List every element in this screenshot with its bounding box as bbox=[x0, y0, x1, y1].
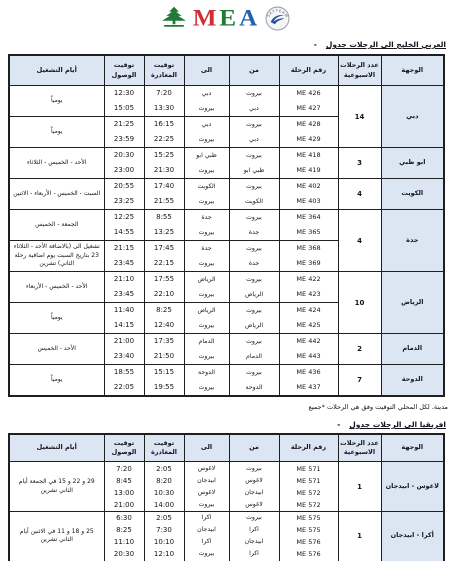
to-city: بيروت bbox=[185, 194, 229, 209]
from-city-cell: بيروتدبي bbox=[229, 117, 279, 148]
from-city: لاغوس bbox=[230, 475, 279, 487]
from-city: جدة bbox=[230, 225, 279, 240]
col-header-departure-time: توقيت المغادرة bbox=[144, 55, 184, 86]
operating-days-cell: يومياً bbox=[9, 117, 104, 148]
from-city: بيروت bbox=[230, 463, 279, 475]
departure-time: 21:55 bbox=[145, 194, 184, 209]
flight-number: ME 402 bbox=[280, 179, 338, 194]
to-city: بيروت bbox=[185, 132, 229, 147]
flight-number: ME 369 bbox=[280, 256, 338, 271]
flight-number: ME 425 bbox=[280, 318, 338, 333]
flight-number-cell: ME 426ME 427 bbox=[279, 86, 338, 117]
departure-time: 13:25 bbox=[145, 225, 184, 240]
arrival-time-cell: 21:2523:59 bbox=[104, 117, 144, 148]
to-city-cell: جدةبيروت bbox=[184, 241, 229, 272]
departure-time: 21:30 bbox=[145, 163, 184, 178]
cedar-tree-icon bbox=[160, 5, 188, 31]
destination-name: الكويت bbox=[381, 179, 444, 210]
arrival-time-cell: 11:4014:15 bbox=[104, 303, 144, 334]
flight-number-cell: ME 442ME 443 bbox=[279, 334, 338, 365]
flight-number-cell: ME 424ME 425 bbox=[279, 303, 338, 334]
gulf-title-text: جدول الرحلات الى الخليج العربي bbox=[326, 40, 446, 49]
arrival-time: 14:15 bbox=[105, 318, 144, 333]
arrival-time: 11:10 bbox=[105, 536, 144, 548]
flight-number-cell: ME 364ME 365 bbox=[279, 210, 338, 241]
from-city: بيروت bbox=[230, 148, 279, 163]
flight-group-row: لاغوس - ابيدجان1ME 571ME 571ME 572ME 572… bbox=[9, 462, 444, 512]
arrival-time: 21:25 bbox=[105, 117, 144, 132]
col-header-operating-days: أيام التشغيل bbox=[9, 55, 104, 86]
from-city-cell: بيروتالدوحة bbox=[229, 365, 279, 397]
mea-letter-a: A bbox=[239, 6, 260, 31]
departure-time: 15:25 bbox=[145, 148, 184, 163]
arrival-time-cell: 20:5523:25 bbox=[104, 179, 144, 210]
arrival-time: 21:10 bbox=[105, 272, 144, 287]
departure-time-cell: 15:1519:55 bbox=[144, 365, 184, 397]
col-header-to: الى bbox=[184, 434, 229, 462]
mea-letter-m: M bbox=[193, 6, 220, 31]
africa-section-title: - جدول الرحلات الى افريقيا bbox=[0, 420, 450, 429]
arrival-time: 20:30 bbox=[105, 148, 144, 163]
flight-number: ME 576 bbox=[280, 548, 338, 560]
departure-time: 2:05 bbox=[145, 512, 184, 524]
departure-time: 19:55 bbox=[145, 380, 184, 395]
to-city-cell: الكويتبيروت bbox=[184, 179, 229, 210]
flight-number: ME 571 bbox=[280, 463, 338, 475]
destination-name: لاغوس - ابيدجان bbox=[381, 462, 444, 512]
flight-number: ME 427 bbox=[280, 101, 338, 116]
to-city-cell: دبيبيروت bbox=[184, 86, 229, 117]
operating-days-cell: أيام الاثنين في 11 و 18 و 25 تشرين الثان… bbox=[9, 512, 104, 561]
to-city: الكويت bbox=[185, 179, 229, 194]
to-city-cell: دبيبيروت bbox=[184, 117, 229, 148]
from-city: دبي bbox=[230, 101, 279, 116]
to-city: اكرا bbox=[185, 536, 229, 548]
to-city: لاغوس bbox=[185, 463, 229, 475]
arrival-time-cell: 6:308:2511:1020:30 bbox=[104, 512, 144, 561]
flight-number: ME 419 bbox=[280, 163, 338, 178]
from-city: الدوحة bbox=[230, 380, 279, 395]
operating-days-cell: الخميس - الجمعة bbox=[9, 210, 104, 241]
from-city: دبي bbox=[230, 132, 279, 147]
flight-number: ME 571 bbox=[280, 475, 338, 487]
mea-letter-e: E bbox=[219, 6, 239, 31]
to-city: اكرا bbox=[185, 512, 229, 524]
departure-time: 21:50 bbox=[145, 349, 184, 364]
departure-time: 17:55 bbox=[145, 272, 184, 287]
flight-number: ME 572 bbox=[280, 499, 338, 511]
flight-number: ME 423 bbox=[280, 287, 338, 302]
flight-number: ME 418 bbox=[280, 148, 338, 163]
departure-time-cell: 17:4021:55 bbox=[144, 179, 184, 210]
to-city-cell: الدمامبيروت bbox=[184, 334, 229, 365]
operating-days-cell: يومياً bbox=[9, 86, 104, 117]
flight-number: ME 575 bbox=[280, 512, 338, 524]
departure-time: 13:30 bbox=[145, 101, 184, 116]
col-header-flight-number: رقم الرحلة bbox=[279, 434, 338, 462]
departure-time-cell: 8:5513:25 bbox=[144, 210, 184, 241]
flight-group-row: الدمام2ME 442ME 443بيروتالدمامالدمامبيرو… bbox=[9, 334, 444, 365]
from-city-cell: بيروتدبي bbox=[229, 86, 279, 117]
to-city-cell: الرياضبيروت bbox=[184, 272, 229, 303]
departure-time-cell: 16:1522:25 bbox=[144, 117, 184, 148]
arrival-time: 8:25 bbox=[105, 524, 144, 536]
from-city-cell: بيروتجدة bbox=[229, 210, 279, 241]
from-city: بيروت bbox=[230, 303, 279, 318]
departure-time-cell: 2:058:2010:3014:00 bbox=[144, 462, 184, 512]
weekly-flights-count: 1 bbox=[338, 462, 381, 512]
from-city-cell: بيروتالدمام bbox=[229, 334, 279, 365]
to-city: بيروت bbox=[185, 380, 229, 395]
arrival-time-cell: 18:5522:05 bbox=[104, 365, 144, 397]
flight-number: ME 426 bbox=[280, 86, 338, 101]
departure-time: 16:15 bbox=[145, 117, 184, 132]
to-city: بيروت bbox=[185, 163, 229, 178]
operating-days-cell: الخميس - الأحد bbox=[9, 334, 104, 365]
africa-flights-table: الوجهةعدد الرحلات الاسبوعيةرقم الرحلةمنا… bbox=[8, 433, 445, 561]
from-city: بيروت bbox=[230, 86, 279, 101]
flight-number-cell: ME 402ME 403 bbox=[279, 179, 338, 210]
destination-name: جدة bbox=[381, 210, 444, 272]
arrival-time: 15:05 bbox=[105, 101, 144, 116]
gulf-flights-table: الوجهةعدد الرحلات الاسبوعيةرقم الرحلةمنا… bbox=[8, 54, 445, 397]
arrival-time: 23:25 bbox=[105, 194, 144, 209]
departure-time: 12:40 bbox=[145, 318, 184, 333]
from-city: الكويت bbox=[230, 194, 279, 209]
col-header-weekly-flights: عدد الرحلات الاسبوعية bbox=[338, 55, 381, 86]
to-city: بيروت bbox=[185, 499, 229, 511]
departure-time-cell: 15:2521:30 bbox=[144, 148, 184, 179]
arrival-time-cell: 21:1523:45 bbox=[104, 241, 144, 272]
departure-time-cell: 8:2512:40 bbox=[144, 303, 184, 334]
operating-days-cell: يومياً bbox=[9, 365, 104, 397]
to-city: بيروت bbox=[185, 256, 229, 271]
departure-time: 10:30 bbox=[145, 487, 184, 499]
departure-time: 7:20 bbox=[145, 86, 184, 101]
flight-group-row: الدوحة7ME 436ME 437بيروتالدوحةالدوحةبيرو… bbox=[9, 365, 444, 397]
mea-logo: MEA SKYTEAM bbox=[0, 3, 450, 33]
flight-number: ME 368 bbox=[280, 241, 338, 256]
arrival-time: 23:00 bbox=[105, 163, 144, 178]
to-city: بيروت bbox=[185, 101, 229, 116]
flight-number-cell: ME 368ME 369 bbox=[279, 241, 338, 272]
weekly-flights-count: 1 bbox=[338, 512, 381, 561]
weekly-flights-count: 3 bbox=[338, 148, 381, 179]
destination-name: دبي bbox=[381, 86, 444, 148]
operating-days-cell: الثلاثاء - الخميس - الأحد bbox=[9, 148, 104, 179]
to-city-cell: اكراابيدجاناكرابيروت bbox=[184, 512, 229, 561]
to-city-cell: الدوحةبيروت bbox=[184, 365, 229, 397]
from-city: بيروت bbox=[230, 512, 279, 524]
departure-time: 14:00 bbox=[145, 499, 184, 511]
flight-number-cell: ME 422ME 423 bbox=[279, 272, 338, 303]
departure-time: 17:40 bbox=[145, 179, 184, 194]
departure-time: 22:15 bbox=[145, 256, 184, 271]
weekly-flights-count: 4 bbox=[338, 179, 381, 210]
destination-name: الدمام bbox=[381, 334, 444, 365]
operating-days: الأربعاء - الخميس - الأحد bbox=[10, 282, 104, 292]
flight-number: ME 437 bbox=[280, 380, 338, 395]
flight-number: ME 403 bbox=[280, 194, 338, 209]
departure-time: 15:15 bbox=[145, 365, 184, 380]
arrival-time: 7:20 bbox=[105, 463, 144, 475]
departure-time: 8:55 bbox=[145, 210, 184, 225]
col-header-to: الى bbox=[184, 55, 229, 86]
local-time-footnote: *جميع الرحلات هي وفق التوقيت المحلي لكل … bbox=[0, 403, 448, 411]
flight-number-cell: ME 436ME 437 bbox=[279, 365, 338, 397]
to-city: جدة bbox=[185, 241, 229, 256]
departure-time-cell: 17:5522:10 bbox=[144, 272, 184, 303]
departure-time-cell: 17:4522:15 bbox=[144, 241, 184, 272]
from-city: بيروت bbox=[230, 365, 279, 380]
flight-number: ME 422 bbox=[280, 272, 338, 287]
from-city: ابو ظبي bbox=[230, 163, 279, 178]
operating-days: يومياً bbox=[10, 127, 104, 137]
arrival-time-cell: 21:1023:45 bbox=[104, 272, 144, 303]
destination-name: الدوحة bbox=[381, 365, 444, 397]
to-city: ابو ظبي bbox=[185, 148, 229, 163]
to-city: الدوحة bbox=[185, 365, 229, 380]
to-city-cell: لاغوسابيدجانلاغوسبيروت bbox=[184, 462, 229, 512]
gulf-title-dash: - bbox=[314, 40, 317, 49]
from-city: لاغوس bbox=[230, 499, 279, 511]
departure-time-cell: 7:2013:30 bbox=[144, 86, 184, 117]
operating-days: الثلاثاء - الخميس - الأحد bbox=[10, 158, 104, 168]
operating-days: الاثنين - الأربعاء - الخميس - السبت bbox=[10, 189, 104, 199]
departure-time: 22:10 bbox=[145, 287, 184, 302]
table-header-row: الوجهةعدد الرحلات الاسبوعيةرقم الرحلةمنا… bbox=[9, 434, 444, 462]
skyteam-icon: SKYTEAM bbox=[265, 6, 290, 31]
from-city-cell: بيروتالرياض bbox=[229, 272, 279, 303]
arrival-time-cell: 7:208:4513:0021:00 bbox=[104, 462, 144, 512]
from-city: بيروت bbox=[230, 117, 279, 132]
weekly-flights-count: 2 bbox=[338, 334, 381, 365]
from-city: ابيدجان bbox=[230, 536, 279, 548]
flight-number-cell: ME 418ME 419 bbox=[279, 148, 338, 179]
operating-days-cell: الاثنين - الأربعاء - الخميس - السبت bbox=[9, 179, 104, 210]
arrival-time: 6:30 bbox=[105, 512, 144, 524]
arrival-time: 14:55 bbox=[105, 225, 144, 240]
weekly-flights-count: 4 bbox=[338, 210, 381, 272]
arrival-time-cell: 21:0023:40 bbox=[104, 334, 144, 365]
flight-number: ME 365 bbox=[280, 225, 338, 240]
departure-time: 7:30 bbox=[145, 524, 184, 536]
from-city: بيروت bbox=[230, 241, 279, 256]
to-city: ابيدجان bbox=[185, 475, 229, 487]
from-city: بيروت bbox=[230, 210, 279, 225]
flight-group-row: جدة4ME 364ME 365بيروتجدةجدةبيروت8:5513:2… bbox=[9, 210, 444, 241]
col-header-from: من bbox=[229, 434, 279, 462]
to-city: الرياض bbox=[185, 272, 229, 287]
departure-time: 22:25 bbox=[145, 132, 184, 147]
from-city: بيروت bbox=[230, 334, 279, 349]
col-header-weekly-flights: عدد الرحلات الاسبوعية bbox=[338, 434, 381, 462]
to-city: الرياض bbox=[185, 303, 229, 318]
arrival-time: 13:00 bbox=[105, 487, 144, 499]
col-header-flight-number: رقم الرحلة bbox=[279, 55, 338, 86]
col-header-arrival-time: توقيت الوصول bbox=[104, 434, 144, 462]
from-city: الرياض bbox=[230, 287, 279, 302]
flight-number: ME 424 bbox=[280, 303, 338, 318]
arrival-time: 20:30 bbox=[105, 548, 144, 560]
arrival-time: 12:25 bbox=[105, 210, 144, 225]
gulf-section-title: - جدول الرحلات الى الخليج العربي bbox=[0, 40, 450, 49]
to-city: بيروت bbox=[185, 349, 229, 364]
flight-group-row: ابو ظبي3ME 418ME 419بيروتابو ظبيابو ظبيب… bbox=[9, 148, 444, 179]
to-city-cell: جدةبيروت bbox=[184, 210, 229, 241]
flight-group-row: الرياض10ME 422ME 423بيروتالرياضالرياضبير… bbox=[9, 272, 444, 303]
from-city-cell: بيروتلاغوسابيدجانلاغوس bbox=[229, 462, 279, 512]
to-city: دبي bbox=[185, 86, 229, 101]
arrival-time: 23:59 bbox=[105, 132, 144, 147]
departure-time: 2:05 bbox=[145, 463, 184, 475]
operating-days-cell: الثلاثاء - الأحد (بالاضافة الى تشغيل رحل… bbox=[9, 241, 104, 272]
flight-number: ME 575 bbox=[280, 524, 338, 536]
arrival-time: 18:55 bbox=[105, 365, 144, 380]
departure-time: 17:35 bbox=[145, 334, 184, 349]
from-city-cell: بيروتاكراابيدجاناكرا bbox=[229, 512, 279, 561]
weekly-flights-count: 10 bbox=[338, 272, 381, 334]
arrival-time: 23:45 bbox=[105, 287, 144, 302]
operating-days: يومياً bbox=[10, 313, 104, 323]
operating-days: أيام الاثنين في 11 و 18 و 25 تشرين الثان… bbox=[10, 527, 104, 546]
from-city-cell: بيروتابو ظبي bbox=[229, 148, 279, 179]
arrival-time: 23:40 bbox=[105, 349, 144, 364]
arrival-time-cell: 12:3015:05 bbox=[104, 86, 144, 117]
flight-number: ME 436 bbox=[280, 365, 338, 380]
arrival-time: 8:45 bbox=[105, 475, 144, 487]
arrival-time: 11:40 bbox=[105, 303, 144, 318]
departure-time: 17:45 bbox=[145, 241, 184, 256]
operating-days-cell: أيام الجمعة في 15 و 22 و 29 تشرين الثاني bbox=[9, 462, 104, 512]
to-city-cell: الرياضبيروت bbox=[184, 303, 229, 334]
to-city-cell: ابو ظبيبيروت bbox=[184, 148, 229, 179]
africa-title-dash: - bbox=[337, 420, 340, 429]
flight-number: ME 442 bbox=[280, 334, 338, 349]
col-header-departure-time: توقيت المغادرة bbox=[144, 434, 184, 462]
flight-number: ME 572 bbox=[280, 487, 338, 499]
flight-number-cell: ME 575ME 575ME 576ME 576 bbox=[279, 512, 338, 561]
col-header-arrival-time: توقيت الوصول bbox=[104, 55, 144, 86]
col-header-operating-days: أيام التشغيل bbox=[9, 434, 104, 462]
operating-days: يومياً bbox=[10, 96, 104, 106]
from-city: بيروت bbox=[230, 179, 279, 194]
weekly-flights-count: 7 bbox=[338, 365, 381, 397]
departure-time: 8:20 bbox=[145, 475, 184, 487]
flight-number-cell: ME 571ME 571ME 572ME 572 bbox=[279, 462, 338, 512]
operating-days: أيام الجمعة في 15 و 22 و 29 تشرين الثاني bbox=[10, 477, 104, 496]
from-city: الدمام bbox=[230, 349, 279, 364]
africa-title-text: جدول الرحلات الى افريقيا bbox=[349, 420, 446, 429]
from-city: اكرا bbox=[230, 548, 279, 560]
from-city: اكرا bbox=[230, 524, 279, 536]
mea-wordmark: MEA bbox=[193, 7, 260, 30]
col-header-from: من bbox=[229, 55, 279, 86]
to-city: بيروت bbox=[185, 318, 229, 333]
to-city: الدمام bbox=[185, 334, 229, 349]
arrival-time: 22:05 bbox=[105, 380, 144, 395]
operating-days: الخميس - الأحد bbox=[10, 344, 104, 354]
flight-number: ME 443 bbox=[280, 349, 338, 364]
to-city: جدة bbox=[185, 210, 229, 225]
arrival-time: 23:45 bbox=[105, 256, 144, 271]
departure-time: 8:25 bbox=[145, 303, 184, 318]
from-city: بيروت bbox=[230, 272, 279, 287]
arrival-time: 12:30 bbox=[105, 86, 144, 101]
departure-time: 12:10 bbox=[145, 548, 184, 560]
destination-name: الرياض bbox=[381, 272, 444, 334]
from-city-cell: بيروتجدة bbox=[229, 241, 279, 272]
from-city: الرياض bbox=[230, 318, 279, 333]
destination-name: ابو ظبي bbox=[381, 148, 444, 179]
col-header-destination: الوجهة bbox=[381, 434, 444, 462]
to-city: لاغوس bbox=[185, 487, 229, 499]
operating-days-cell: يومياً bbox=[9, 303, 104, 334]
departure-time-cell: 17:3521:50 bbox=[144, 334, 184, 365]
flight-number-cell: ME 428ME 429 bbox=[279, 117, 338, 148]
flight-number: ME 576 bbox=[280, 536, 338, 548]
from-city: جدة bbox=[230, 256, 279, 271]
to-city: بيروت bbox=[185, 287, 229, 302]
arrival-time-cell: 12:2514:55 bbox=[104, 210, 144, 241]
arrival-time-cell: 20:3023:00 bbox=[104, 148, 144, 179]
to-city: دبي bbox=[185, 117, 229, 132]
table-header-row: الوجهةعدد الرحلات الاسبوعيةرقم الرحلةمنا… bbox=[9, 55, 444, 86]
operating-days: الثلاثاء - الأحد (بالاضافة الى تشغيل رحل… bbox=[10, 242, 104, 269]
arrival-time: 21:15 bbox=[105, 241, 144, 256]
arrival-time: 21:00 bbox=[105, 334, 144, 349]
from-city-cell: بيروتالكويت bbox=[229, 179, 279, 210]
to-city: بيروت bbox=[185, 548, 229, 560]
flight-number: ME 364 bbox=[280, 210, 338, 225]
to-city: ابيدجان bbox=[185, 524, 229, 536]
from-city-cell: بيروتالرياض bbox=[229, 303, 279, 334]
operating-days-cell: الأربعاء - الخميس - الأحد bbox=[9, 272, 104, 303]
from-city: ابيدجان bbox=[230, 487, 279, 499]
flight-number: ME 429 bbox=[280, 132, 338, 147]
flight-group-row: دبي14ME 426ME 427بيروتدبيدبيبيروت7:2013:… bbox=[9, 86, 444, 117]
departure-time: 10:10 bbox=[145, 536, 184, 548]
flight-group-row: الكويت4ME 402ME 403بيروتالكويتالكويتبيرو… bbox=[9, 179, 444, 210]
arrival-time: 20:55 bbox=[105, 179, 144, 194]
operating-days: يومياً bbox=[10, 375, 104, 385]
weekly-flights-count: 14 bbox=[338, 86, 381, 148]
operating-days: الخميس - الجمعة bbox=[10, 220, 104, 230]
arrival-time: 21:00 bbox=[105, 499, 144, 511]
departure-time-cell: 2:057:3010:1012:10 bbox=[144, 512, 184, 561]
col-header-destination: الوجهة bbox=[381, 55, 444, 86]
destination-name: أكرا - ابيدجان bbox=[381, 512, 444, 561]
to-city: بيروت bbox=[185, 225, 229, 240]
flight-group-row: أكرا - ابيدجان1ME 575ME 575ME 576ME 576ب… bbox=[9, 512, 444, 561]
flight-number: ME 428 bbox=[280, 117, 338, 132]
